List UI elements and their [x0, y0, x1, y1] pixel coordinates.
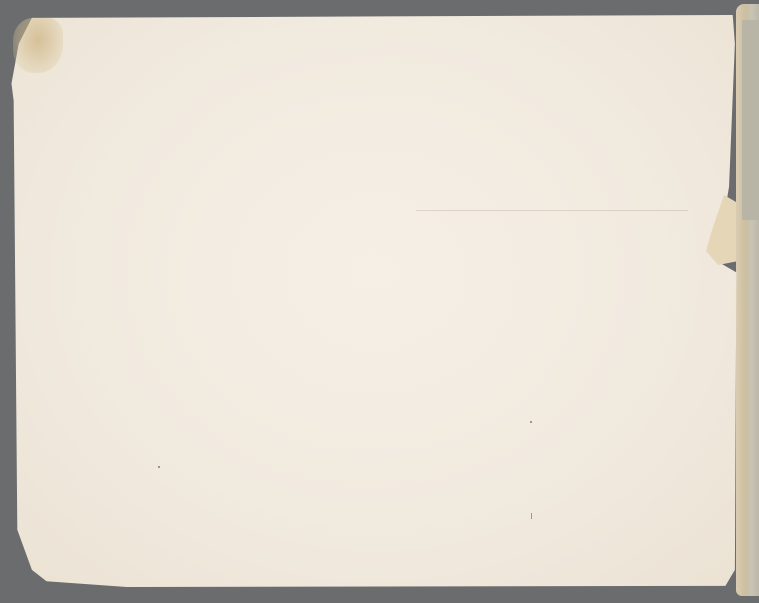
backing-board-shadow: [742, 20, 759, 220]
paper-speck: [531, 513, 532, 519]
paper-speck: [530, 421, 532, 423]
corner-stain: [13, 18, 63, 73]
paper-speck: [158, 466, 160, 468]
paper-sheet: [10, 15, 740, 587]
faint-ruled-line: [416, 210, 688, 211]
